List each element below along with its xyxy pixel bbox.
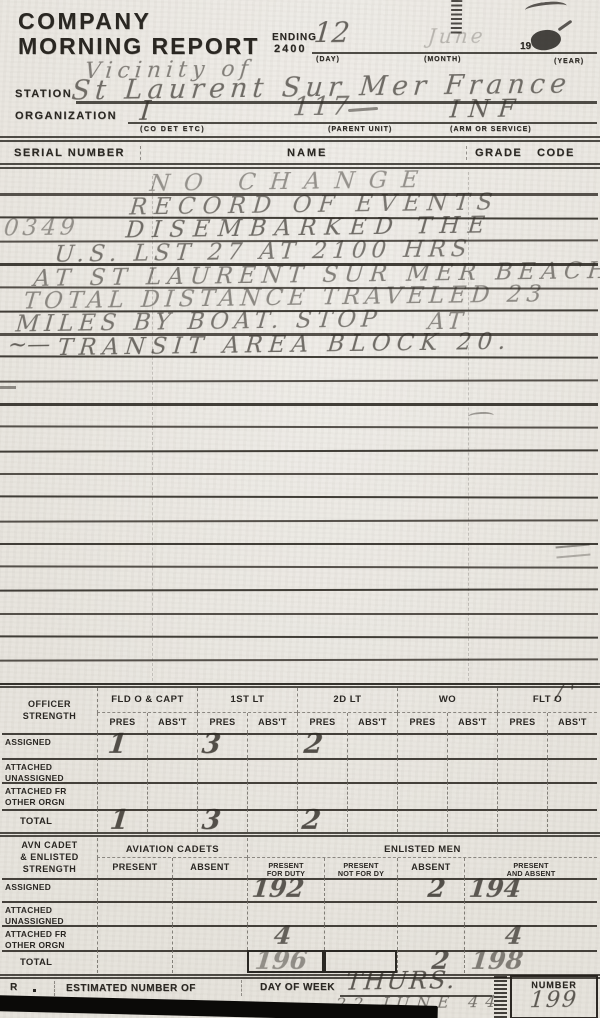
officer-handwritten-value: 1 bbox=[106, 729, 128, 760]
roster-row-line bbox=[0, 659, 598, 662]
enlisted-handwritten-value: 2 bbox=[426, 874, 446, 903]
officer-value-cell bbox=[297, 758, 347, 782]
enlisted-value-cell: 2 bbox=[397, 878, 464, 901]
enlisted-value-cell bbox=[172, 925, 247, 950]
enlisted-group-header: ENLISTED MEN bbox=[247, 838, 597, 858]
footer-dot bbox=[33, 989, 36, 992]
roster-serial-column-line bbox=[152, 176, 153, 681]
officer-value-cell bbox=[247, 758, 297, 782]
officer-table-bottom-rule-2 bbox=[0, 835, 600, 836]
officer-value-cell bbox=[247, 782, 297, 809]
officer-subheader: ABS'T bbox=[547, 713, 597, 733]
enlisted-value-cell: 192 bbox=[247, 878, 324, 901]
officer-value-cell bbox=[397, 758, 447, 782]
enlisted-value-cell bbox=[97, 901, 172, 925]
enlisted-value-cell bbox=[97, 950, 172, 973]
officer-value-cell bbox=[247, 733, 297, 758]
enlisted-value-cell bbox=[172, 878, 247, 901]
enlisted-value-cell: 194 bbox=[464, 878, 597, 901]
officer-value-cell bbox=[497, 758, 547, 782]
officer-value-cell: 3 bbox=[197, 733, 247, 758]
officer-row-label: ATTACHEDUNASSIGNED bbox=[2, 758, 97, 782]
enlisted-corner-label: AVN CADET& ENLISTEDSTRENGTH bbox=[2, 838, 97, 878]
enlisted-value-cell bbox=[172, 901, 247, 925]
officer-value-cell bbox=[147, 809, 197, 832]
officer-handwritten-value: 3 bbox=[200, 729, 222, 760]
officer-subheader: ABS'T bbox=[347, 713, 397, 733]
roster-row-line bbox=[0, 589, 598, 592]
enlisted-handwritten-value: 198 bbox=[469, 946, 524, 975]
officer-value-cell bbox=[447, 782, 497, 809]
roster-handwriting: ~— bbox=[7, 332, 52, 359]
officer-subheader: PRES bbox=[397, 713, 447, 733]
officer-handwritten-value: 2 bbox=[302, 729, 324, 760]
morning-report-form: COMPANY MORNING REPORT ENDING 2400 (DAY)… bbox=[0, 0, 600, 1018]
officer-value-cell: 1 bbox=[97, 809, 147, 832]
enlisted-value-cell bbox=[324, 925, 397, 950]
officer-value-cell bbox=[547, 782, 597, 809]
officer-row-label: ATTACHED FROTHER ORGN bbox=[2, 782, 97, 809]
enlisted-row-label: ASSIGNED bbox=[2, 878, 97, 901]
officer-row-label: TOTAL bbox=[2, 809, 97, 832]
roster-row-line bbox=[0, 565, 598, 568]
enlisted-value-cell bbox=[464, 901, 597, 925]
enlisted-value-cell bbox=[97, 878, 172, 901]
officer-group-header: 2D LT bbox=[297, 688, 397, 713]
enlisted-strength-table: AVN CADET& ENLISTEDSTRENGTHAVIATION CADE… bbox=[2, 838, 597, 973]
roster-handwriting: 0349 bbox=[3, 215, 80, 242]
officer-value-cell bbox=[447, 733, 497, 758]
handwritten-day-of-week: THURS. bbox=[345, 966, 458, 996]
day-of-week-label: DAY OF WEEK bbox=[260, 982, 335, 993]
officer-value-cell: 1 bbox=[97, 733, 147, 758]
enlisted-value-cell: 196 bbox=[247, 950, 324, 973]
roster-row-line bbox=[0, 379, 598, 382]
officer-value-cell: 2 bbox=[297, 733, 347, 758]
officer-value-cell bbox=[197, 758, 247, 782]
officer-value-cell bbox=[347, 782, 397, 809]
number-box: NUMBER 199 bbox=[510, 975, 598, 1018]
officer-subheader: ABS'T bbox=[147, 713, 197, 733]
enlisted-value-cell bbox=[324, 878, 397, 901]
officer-value-cell bbox=[547, 809, 597, 832]
roster-row-line bbox=[0, 473, 598, 476]
handwritten-checkmark: / ' bbox=[555, 680, 576, 704]
officer-subheader: PRES bbox=[497, 713, 547, 733]
officer-value-cell bbox=[497, 782, 547, 809]
officer-subheader: ABS'T bbox=[447, 713, 497, 733]
officer-table-top-rule-1 bbox=[0, 683, 600, 685]
footer-divider bbox=[241, 980, 242, 996]
officer-value-cell bbox=[247, 809, 297, 832]
officer-group-header: FLD O & CAPT bbox=[97, 688, 197, 713]
officer-row-label: ASSIGNED bbox=[2, 733, 97, 758]
officer-value-cell bbox=[497, 733, 547, 758]
footer-left-mark: R bbox=[10, 982, 17, 993]
enlisted-handwritten-value: 194 bbox=[467, 874, 522, 903]
officer-value-cell: 2 bbox=[297, 809, 347, 832]
enlisted-group-header: AVIATION CADETS bbox=[97, 838, 247, 858]
officer-value-cell bbox=[147, 782, 197, 809]
scan-hatch-streak-top bbox=[451, 0, 463, 34]
enlisted-value-cell bbox=[97, 925, 172, 950]
enlisted-value-cell bbox=[324, 901, 397, 925]
officer-group-header: 1ST LT bbox=[197, 688, 297, 713]
handwritten-number-value: 199 bbox=[529, 988, 579, 1014]
officer-value-cell bbox=[397, 809, 447, 832]
enlisted-handwritten-value: 196 bbox=[253, 946, 308, 975]
enlisted-row-label: ATTACHED FROTHER ORGN bbox=[2, 925, 97, 950]
officer-value-cell: 3 bbox=[197, 809, 247, 832]
officer-group-header: FLT O bbox=[497, 688, 597, 713]
roster-row-line bbox=[0, 449, 598, 452]
officer-value-cell bbox=[497, 809, 547, 832]
roster-row-line bbox=[0, 613, 598, 616]
officer-value-cell bbox=[547, 733, 597, 758]
roster-grade-column-line bbox=[468, 172, 469, 681]
officer-value-cell bbox=[547, 758, 597, 782]
enlisted-subheader: ABSENT bbox=[172, 858, 247, 878]
roster-row-line bbox=[0, 426, 598, 429]
officer-value-cell bbox=[97, 758, 147, 782]
estimated-number-label: ESTIMATED NUMBER OF bbox=[66, 983, 196, 994]
roster-row-line bbox=[0, 543, 598, 546]
officer-value-cell bbox=[447, 758, 497, 782]
officer-subheader: ABS'T bbox=[247, 713, 297, 733]
enlisted-row-label: ATTACHEDUNASSIGNED bbox=[2, 901, 97, 925]
officer-value-cell bbox=[147, 758, 197, 782]
officer-group-header: WO bbox=[397, 688, 497, 713]
enlisted-value-cell: 198 bbox=[464, 950, 597, 973]
enlisted-value-cell bbox=[397, 925, 464, 950]
officer-value-cell bbox=[347, 733, 397, 758]
officer-value-cell bbox=[347, 809, 397, 832]
enlisted-subheader: PRESENT bbox=[97, 858, 172, 878]
enlisted-subheader: PRESENTNOT FOR DY bbox=[324, 858, 397, 878]
officer-value-cell bbox=[397, 782, 447, 809]
enlisted-value-cell bbox=[397, 901, 464, 925]
roster-row-line bbox=[0, 403, 598, 406]
officer-value-cell bbox=[347, 758, 397, 782]
roster-row-line bbox=[0, 635, 598, 638]
footer-divider bbox=[54, 981, 55, 996]
officer-value-cell bbox=[147, 733, 197, 758]
scan-mark-left-margin bbox=[0, 386, 16, 389]
enlisted-row-label: TOTAL bbox=[2, 950, 97, 973]
enlisted-value-cell bbox=[172, 950, 247, 973]
roster-row-line bbox=[0, 496, 598, 499]
enlisted-handwritten-value: 192 bbox=[250, 874, 305, 903]
officer-corner-label: OFFICERSTRENGTH bbox=[2, 688, 97, 733]
officer-value-cell bbox=[397, 733, 447, 758]
officer-strength-table: OFFICERSTRENGTHFLD O & CAPT1ST LT2D LTWO… bbox=[2, 688, 597, 832]
officer-table-bottom-rule-1 bbox=[0, 832, 600, 834]
officer-value-cell bbox=[447, 809, 497, 832]
scan-hatch-streak bbox=[494, 976, 507, 1018]
roster-row-line bbox=[0, 519, 598, 522]
